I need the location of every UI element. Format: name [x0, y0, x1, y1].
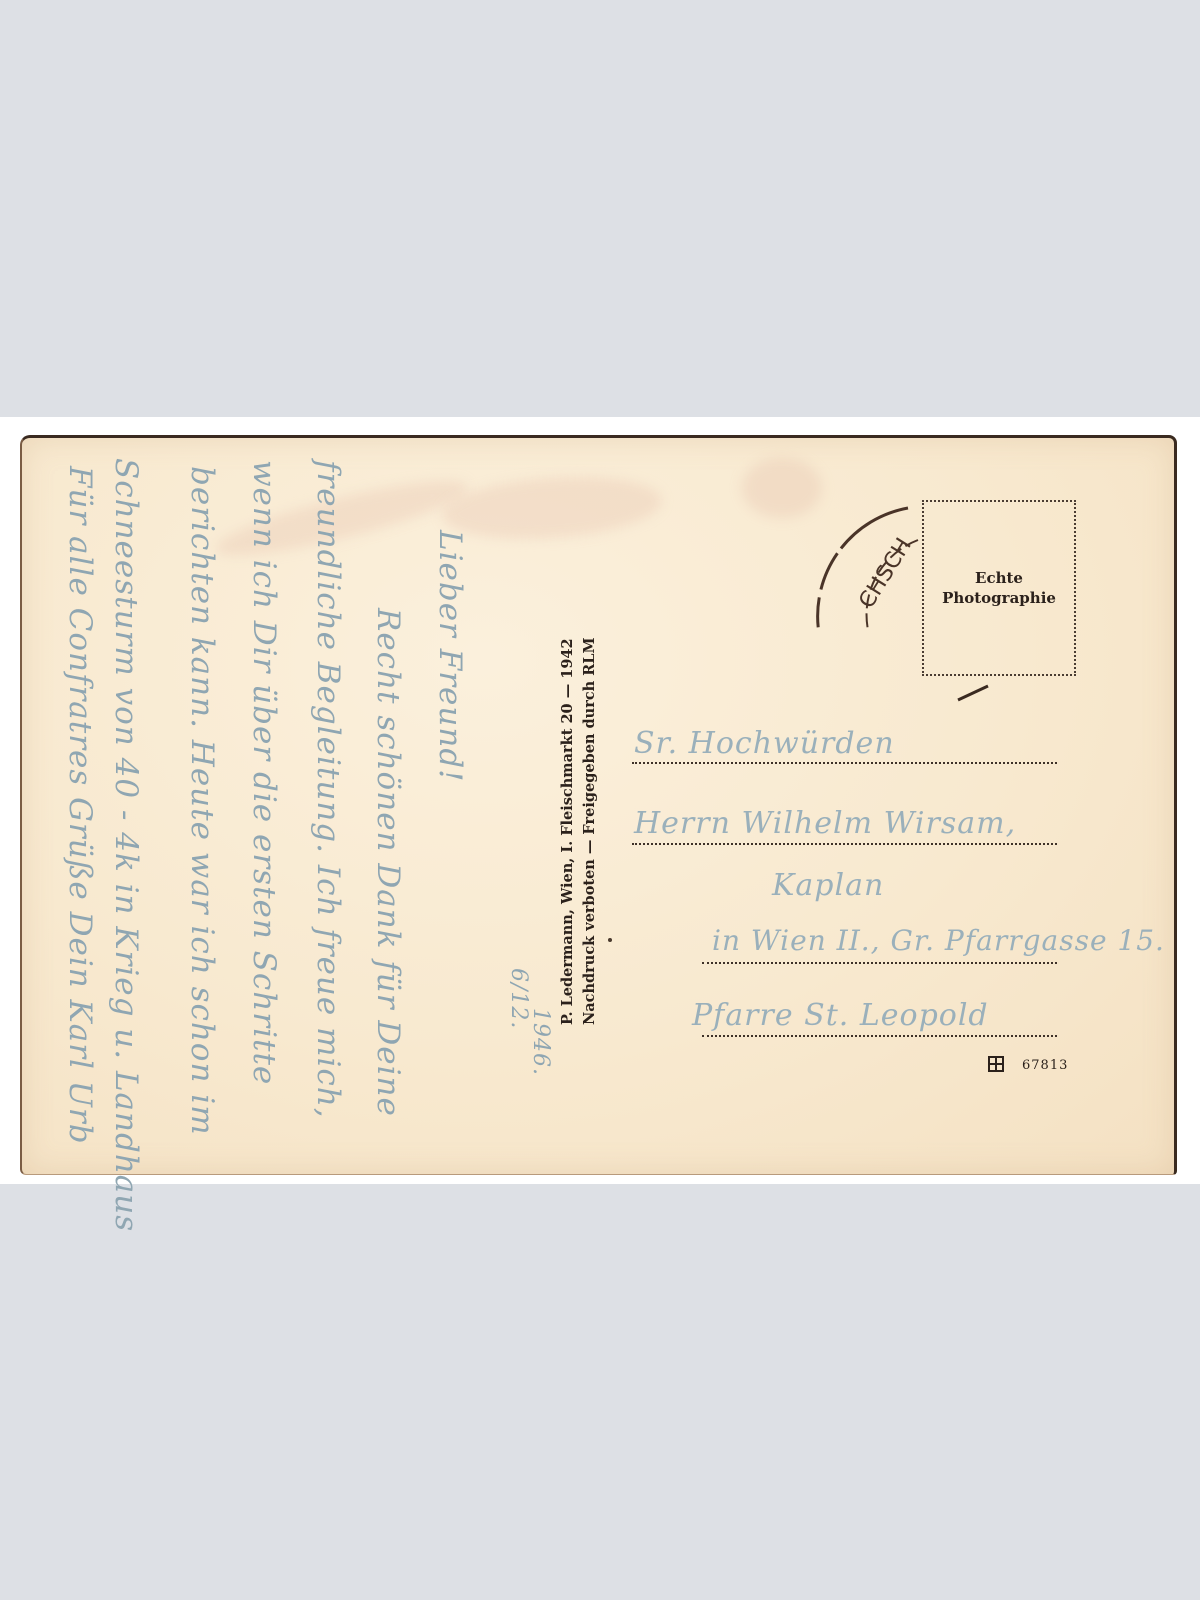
- message-line-1: Recht schönen Dank für Deine: [370, 608, 406, 1168]
- message-line-4: berichten kann. Heute war ich schon im: [184, 466, 220, 1166]
- address-line-1: Sr. Hochwürden: [634, 726, 895, 761]
- ink-dot: [608, 938, 612, 942]
- photo-label-line-1: Echte: [924, 568, 1074, 588]
- postcard-back: Für alle Confratres Grüße Dein Karl Urb …: [20, 435, 1177, 1175]
- publisher-line-2: Nachdruck verboten — Freigegeben durch R…: [579, 575, 601, 1025]
- message-line-6: Für alle Confratres Grüße Dein Karl Urb: [62, 466, 98, 1166]
- series-number: 67813: [1022, 1058, 1068, 1073]
- address-line-3: Kaplan: [772, 868, 884, 903]
- message-line-2: freundliche Begleitung. Ich freue mich,: [310, 460, 346, 1160]
- message-line-3: wenn ich Dir über die ersten Schritte: [246, 460, 282, 1160]
- address-line-2: Herrn Wilhelm Wirsam,: [634, 806, 1016, 841]
- publisher-line-1: P. Ledermann, Wien, I. Fleischmarkt 20 —…: [557, 575, 579, 1025]
- photo-label-line-2: Photographie: [924, 588, 1074, 608]
- address-line-4: in Wien II., Gr. Pfarrgasse 15.: [712, 924, 1165, 957]
- publisher-logo-icon: [988, 1056, 1004, 1072]
- stamp-placeholder: Echte Photographie: [922, 500, 1076, 676]
- paper-stain: [440, 470, 664, 545]
- message-salutation: Lieber Freund!: [432, 530, 468, 890]
- svg-text:CHSCH: CHSCH: [854, 534, 916, 613]
- date-year: 1946.: [528, 1008, 553, 1148]
- message-line-5: Schneesturm von 40 - 4k in Krieg u. Land…: [108, 458, 144, 1158]
- publisher-imprint: P. Ledermann, Wien, I. Fleischmarkt 20 —…: [557, 575, 601, 1025]
- address-line-5: Pfarre St. Leopold: [692, 998, 989, 1033]
